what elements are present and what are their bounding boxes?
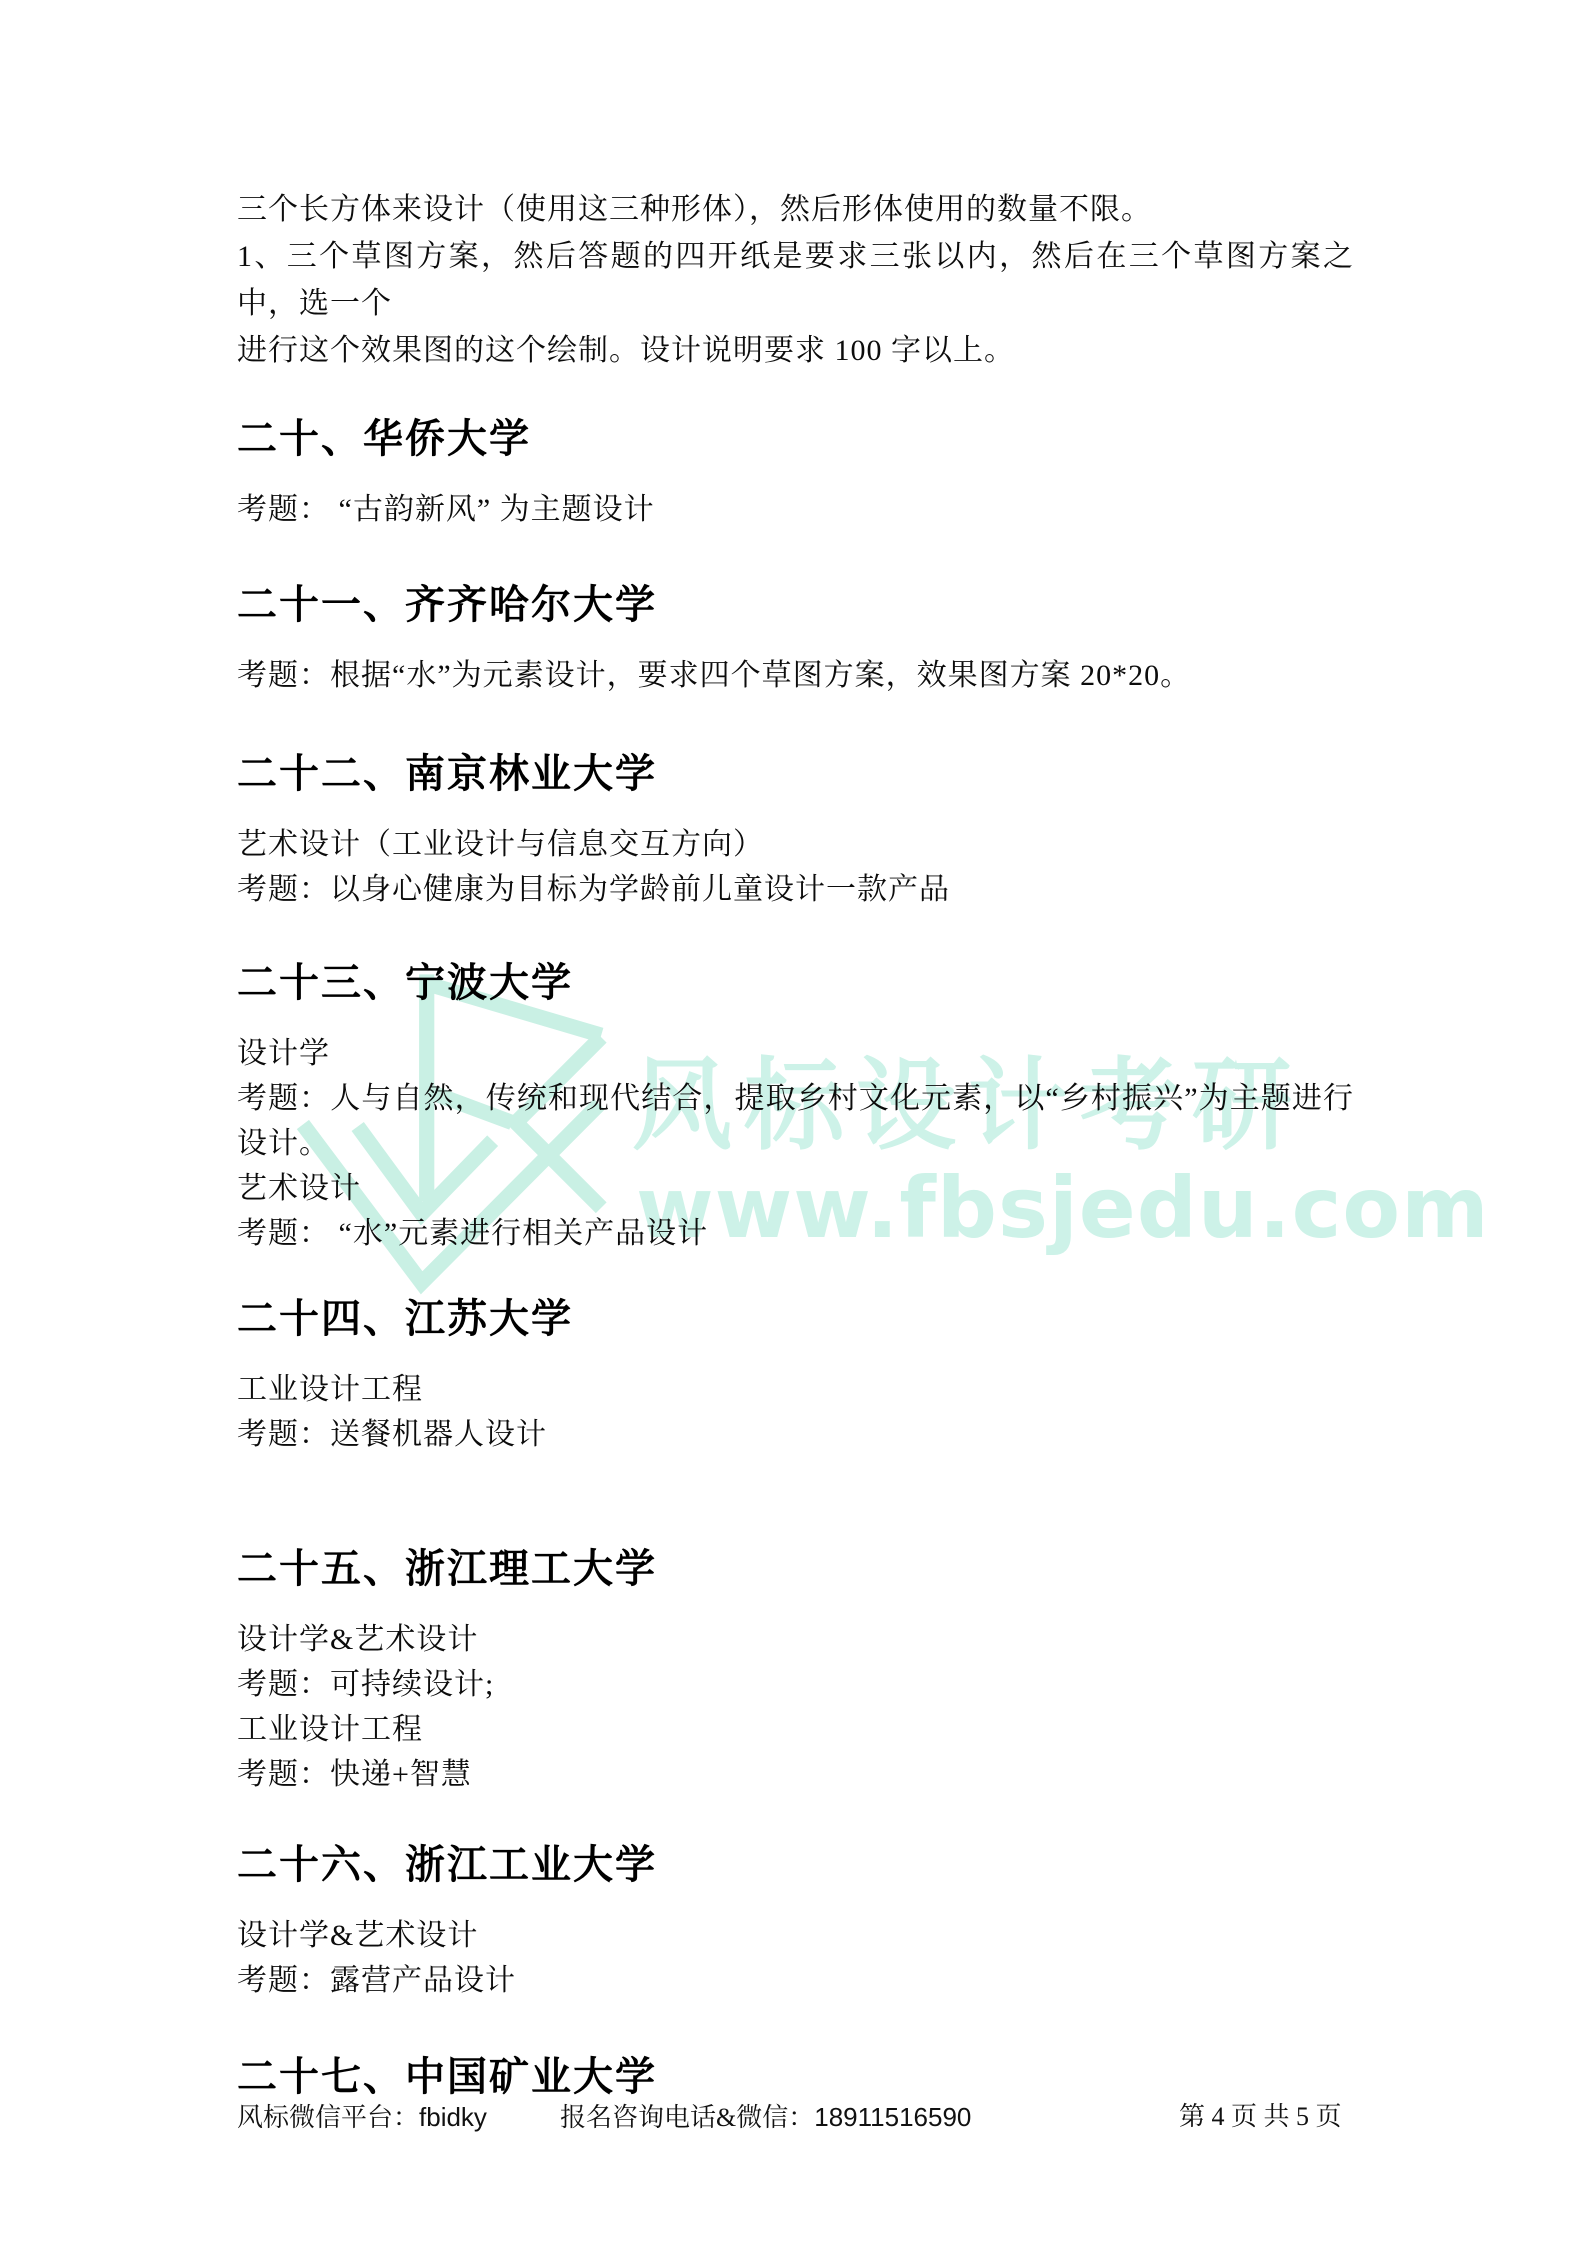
section-china-university-of-mining: 二十七、中国矿业大学 <box>237 2055 1354 2099</box>
exam-topic-line: 考题：露营产品设计 <box>237 1958 1354 2003</box>
program-line: 工业设计工程 <box>237 1367 1354 1412</box>
section-ningbo-university: 二十三、宁波大学 设计学 考题：人与自然，传统和现代结合，提取乡村文化元素，以“… <box>237 961 1354 1256</box>
section-zhejiang-university-of-technology: 二十六、浙江工业大学 设计学&艺术设计 考题：露营产品设计 <box>237 1843 1354 2003</box>
program-line: 设计学&艺术设计 <box>237 1913 1354 1958</box>
section-zhejiang-sci-tech-university: 二十五、浙江理工大学 设计学&艺术设计 考题：可持续设计; 工业设计工程 考题：… <box>237 1547 1354 1797</box>
section-title: 二十、华侨大学 <box>237 417 1354 461</box>
footer-phone-label: 报名咨询电话&微信： <box>560 2103 814 2132</box>
intro-line: 进行这个效果图的这个绘制。设计说明要求 100 字以上。 <box>237 327 1354 374</box>
footer-wechat-platform: 风标微信平台：fbidky <box>237 2100 487 2135</box>
page-footer: 风标微信平台：fbidky 报名咨询电话&微信：18911516590 第 4 … <box>0 2100 1586 2134</box>
intro-line: 三个长方体来设计（使用这三种形体），然后形体使用的数量不限。 <box>237 186 1354 233</box>
section-title: 二十三、宁波大学 <box>237 961 1354 1005</box>
program-line: 艺术设计（工业设计与信息交互方向） <box>237 822 1354 867</box>
footer-wechat-value: fbidky <box>419 2102 487 2132</box>
section-huaqiao-university: 二十、华侨大学 考题： “古韵新风” 为主题设计 <box>237 417 1354 532</box>
intro-line: 1、三个草图方案，然后答题的四开纸是要求三张以内，然后在三个草图方案之中，选一个 <box>237 233 1354 327</box>
exam-topic-line: 考题： “水”元素进行相关产品设计 <box>237 1211 1354 1256</box>
program-line: 工业设计工程 <box>237 1707 1354 1752</box>
program-line: 设计学&艺术设计 <box>237 1617 1354 1662</box>
footer-wechat-label: 风标微信平台： <box>237 2103 419 2132</box>
program-line: 艺术设计 <box>237 1166 1354 1211</box>
section-qiqihar-university: 二十一、齐齐哈尔大学 考题：根据“水”为元素设计，要求四个草图方案，效果图方案 … <box>237 583 1354 698</box>
section-title: 二十一、齐齐哈尔大学 <box>237 583 1354 627</box>
exam-topic-line: 考题：快递+智慧 <box>237 1752 1354 1797</box>
exam-topic-line: 考题：可持续设计; <box>237 1662 1354 1707</box>
exam-topic-line: 考题： “古韵新风” 为主题设计 <box>237 487 1354 532</box>
exam-topic-line: 考题：人与自然，传统和现代结合，提取乡村文化元素，以“乡村振兴”为主题进行设计。 <box>237 1076 1354 1166</box>
exam-topic-line: 考题：以身心健康为目标为学龄前儿童设计一款产品 <box>237 867 1354 912</box>
program-line: 设计学 <box>237 1031 1354 1076</box>
section-nanjing-forestry-university: 二十二、南京林业大学 艺术设计（工业设计与信息交互方向） 考题：以身心健康为目标… <box>237 752 1354 912</box>
section-title: 二十五、浙江理工大学 <box>237 1547 1354 1591</box>
section-title: 二十四、江苏大学 <box>237 1297 1354 1341</box>
footer-phone: 报名咨询电话&微信：18911516590 <box>560 2100 971 2135</box>
exam-topic-line: 考题：根据“水”为元素设计，要求四个草图方案，效果图方案 20*20。 <box>237 653 1354 698</box>
document-page: 风标设计考研 www.fbsjedu.com 三个长方体来设计（使用这三种形体）… <box>0 0 1586 2244</box>
section-title: 二十六、浙江工业大学 <box>237 1843 1354 1887</box>
footer-phone-value: 18911516590 <box>814 2102 971 2132</box>
section-jiangsu-university: 二十四、江苏大学 工业设计工程 考题：送餐机器人设计 <box>237 1297 1354 1457</box>
exam-topic-line: 考题：送餐机器人设计 <box>237 1412 1354 1457</box>
section-title: 二十二、南京林业大学 <box>237 752 1354 796</box>
document-content: 三个长方体来设计（使用这三种形体），然后形体使用的数量不限。 1、三个草图方案，… <box>0 0 1586 2099</box>
footer-page-number: 第 4 页 共 5 页 <box>1179 2100 1342 2134</box>
section-title: 二十七、中国矿业大学 <box>237 2055 1354 2099</box>
